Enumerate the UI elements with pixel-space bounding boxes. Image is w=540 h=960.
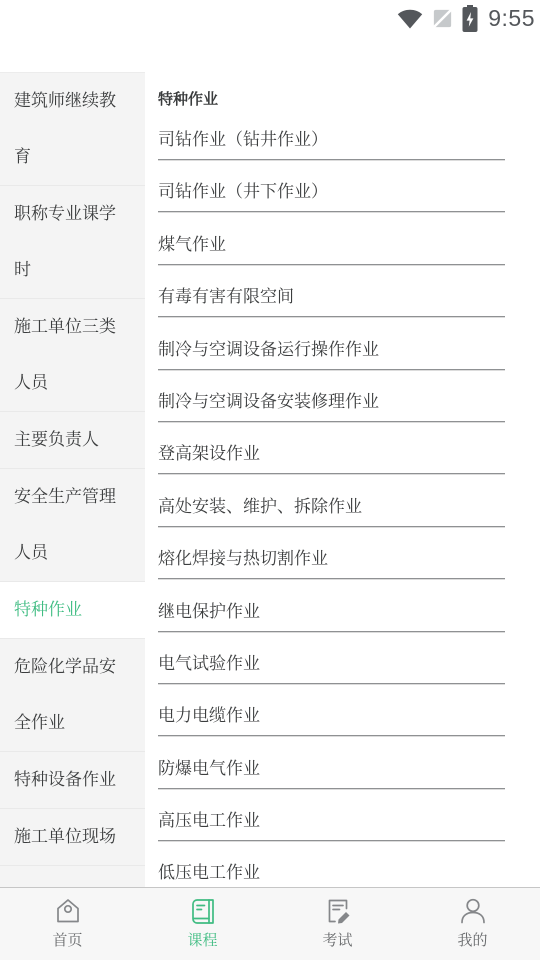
sidebar-item[interactable]: 施工单位现场 <box>0 809 145 866</box>
item-divider <box>158 840 505 841</box>
sidebar-item-label: 安全生产管理人员 <box>14 487 116 562</box>
wifi-icon <box>397 8 423 29</box>
sidebar-item[interactable]: 危险化学品安全作业 <box>0 639 145 752</box>
list-item-label: 制冷与空调设备安装修理作业 <box>158 390 540 414</box>
list-item[interactable]: 防爆电气作业 <box>158 757 540 809</box>
list-item-label: 电力电缆作业 <box>158 704 540 728</box>
tab-profile[interactable]: 我的 <box>405 888 540 960</box>
item-divider <box>158 788 505 789</box>
sidebar-item-label: 主要负责人 <box>14 430 99 449</box>
list-item-label: 熔化焊接与热切割作业 <box>158 547 540 571</box>
battery-charging-icon <box>462 5 478 32</box>
list-item[interactable]: 电力电缆作业 <box>158 704 540 756</box>
item-divider <box>158 369 505 370</box>
no-sim-icon <box>431 7 454 30</box>
sidebar-item-label: 职称专业课学时 <box>14 204 116 279</box>
user-icon <box>457 895 489 927</box>
sidebar-item[interactable]: 施工单位三类人员 <box>0 299 145 412</box>
list-item-label: 防爆电气作业 <box>158 757 540 781</box>
list-item-label: 高压电工作业 <box>158 809 540 833</box>
status-bar: 9:55 <box>0 0 540 36</box>
list-item[interactable]: 熔化焊接与热切割作业 <box>158 547 540 599</box>
item-divider <box>158 683 505 684</box>
content-panel: 特种作业 司钻作业（钻井作业）司钻作业（井下作业）煤气作业有毒有害有限空间制冷与… <box>145 72 540 887</box>
list-item[interactable]: 高压电工作业 <box>158 809 540 861</box>
list-item[interactable]: 高处安装、维护、拆除作业 <box>158 495 540 547</box>
list-item[interactable]: 制冷与空调设备运行操作作业 <box>158 338 540 390</box>
status-time: 9:55 <box>488 5 535 32</box>
sidebar-item-label: 施工单位三类人员 <box>14 317 116 392</box>
tab-bar: 首页 课程 <box>0 887 540 960</box>
sidebar-item[interactable]: 建筑师继续教育 <box>0 73 145 186</box>
list-item[interactable]: 煤气作业 <box>158 233 540 285</box>
list-item[interactable]: 制冷与空调设备安装修理作业 <box>158 390 540 442</box>
list-item[interactable]: 继电保护作业 <box>158 600 540 652</box>
tab-label: 首页 <box>52 929 82 950</box>
item-divider <box>158 631 505 632</box>
sidebar-item[interactable]: 特种设备作业 <box>0 752 145 809</box>
tab-courses[interactable]: 课程 <box>135 888 270 960</box>
sidebar-item[interactable]: 安全生产管理人员 <box>0 469 145 582</box>
item-divider <box>158 159 505 160</box>
item-divider <box>158 735 505 736</box>
sidebar-item[interactable]: 主要负责人 <box>0 412 145 469</box>
item-divider <box>158 211 505 212</box>
tab-home[interactable]: 首页 <box>0 888 135 960</box>
item-divider <box>158 578 505 579</box>
sidebar-item-label: 施工单位现场 <box>14 827 116 846</box>
app-body: 建筑师继续教育职称专业课学时施工单位三类人员主要负责人安全生产管理人员特种作业危… <box>0 72 540 887</box>
item-divider <box>158 421 505 422</box>
category-list: 司钻作业（钻井作业）司钻作业（井下作业）煤气作业有毒有害有限空间制冷与空调设备运… <box>158 128 540 887</box>
list-item-label: 低压电工作业 <box>158 861 540 885</box>
list-item[interactable]: 司钻作业（钻井作业） <box>158 128 540 180</box>
list-item-label: 司钻作业（钻井作业） <box>158 128 540 152</box>
sidebar-item-label: 特种作业 <box>14 600 82 619</box>
sidebar: 建筑师继续教育职称专业课学时施工单位三类人员主要负责人安全生产管理人员特种作业危… <box>0 72 145 887</box>
list-item-label: 制冷与空调设备运行操作作业 <box>158 338 540 362</box>
tab-exam[interactable]: 考试 <box>270 888 405 960</box>
list-item-label: 高处安装、维护、拆除作业 <box>158 495 540 519</box>
book-icon <box>187 895 219 927</box>
tab-label: 课程 <box>187 929 217 950</box>
item-divider <box>158 473 505 474</box>
sidebar-item[interactable]: 特种作业 <box>0 582 145 639</box>
sidebar-item-label: 危险化学品安全作业 <box>14 657 116 732</box>
list-item[interactable]: 登高架设作业 <box>158 442 540 494</box>
tab-label: 我的 <box>457 929 487 950</box>
list-item-label: 登高架设作业 <box>158 442 540 466</box>
list-item-label: 继电保护作业 <box>158 600 540 624</box>
app-screen: 9:55 建筑师继续教育职称专业课学时施工单位三类人员主要负责人安全生产管理人员… <box>0 0 540 960</box>
item-divider <box>158 316 505 317</box>
item-divider <box>158 264 505 265</box>
list-item[interactable]: 有毒有害有限空间 <box>158 285 540 337</box>
list-item[interactable]: 司钻作业（井下作业） <box>158 180 540 232</box>
list-item-label: 煤气作业 <box>158 233 540 257</box>
item-divider <box>158 526 505 527</box>
list-item-label: 有毒有害有限空间 <box>158 285 540 309</box>
home-icon <box>52 895 84 927</box>
list-item-label: 司钻作业（井下作业） <box>158 180 540 204</box>
tab-label: 考试 <box>322 929 352 950</box>
list-item[interactable]: 低压电工作业 <box>158 861 540 887</box>
list-item[interactable]: 电气试验作业 <box>158 652 540 704</box>
category-header: 特种作业 <box>158 72 540 128</box>
exam-icon <box>322 895 354 927</box>
sidebar-item-label: 建筑师继续教育 <box>14 91 116 166</box>
list-item-label: 电气试验作业 <box>158 652 540 676</box>
sidebar-item[interactable]: 职称专业课学时 <box>0 186 145 299</box>
sidebar-item-label: 特种设备作业 <box>14 770 116 789</box>
